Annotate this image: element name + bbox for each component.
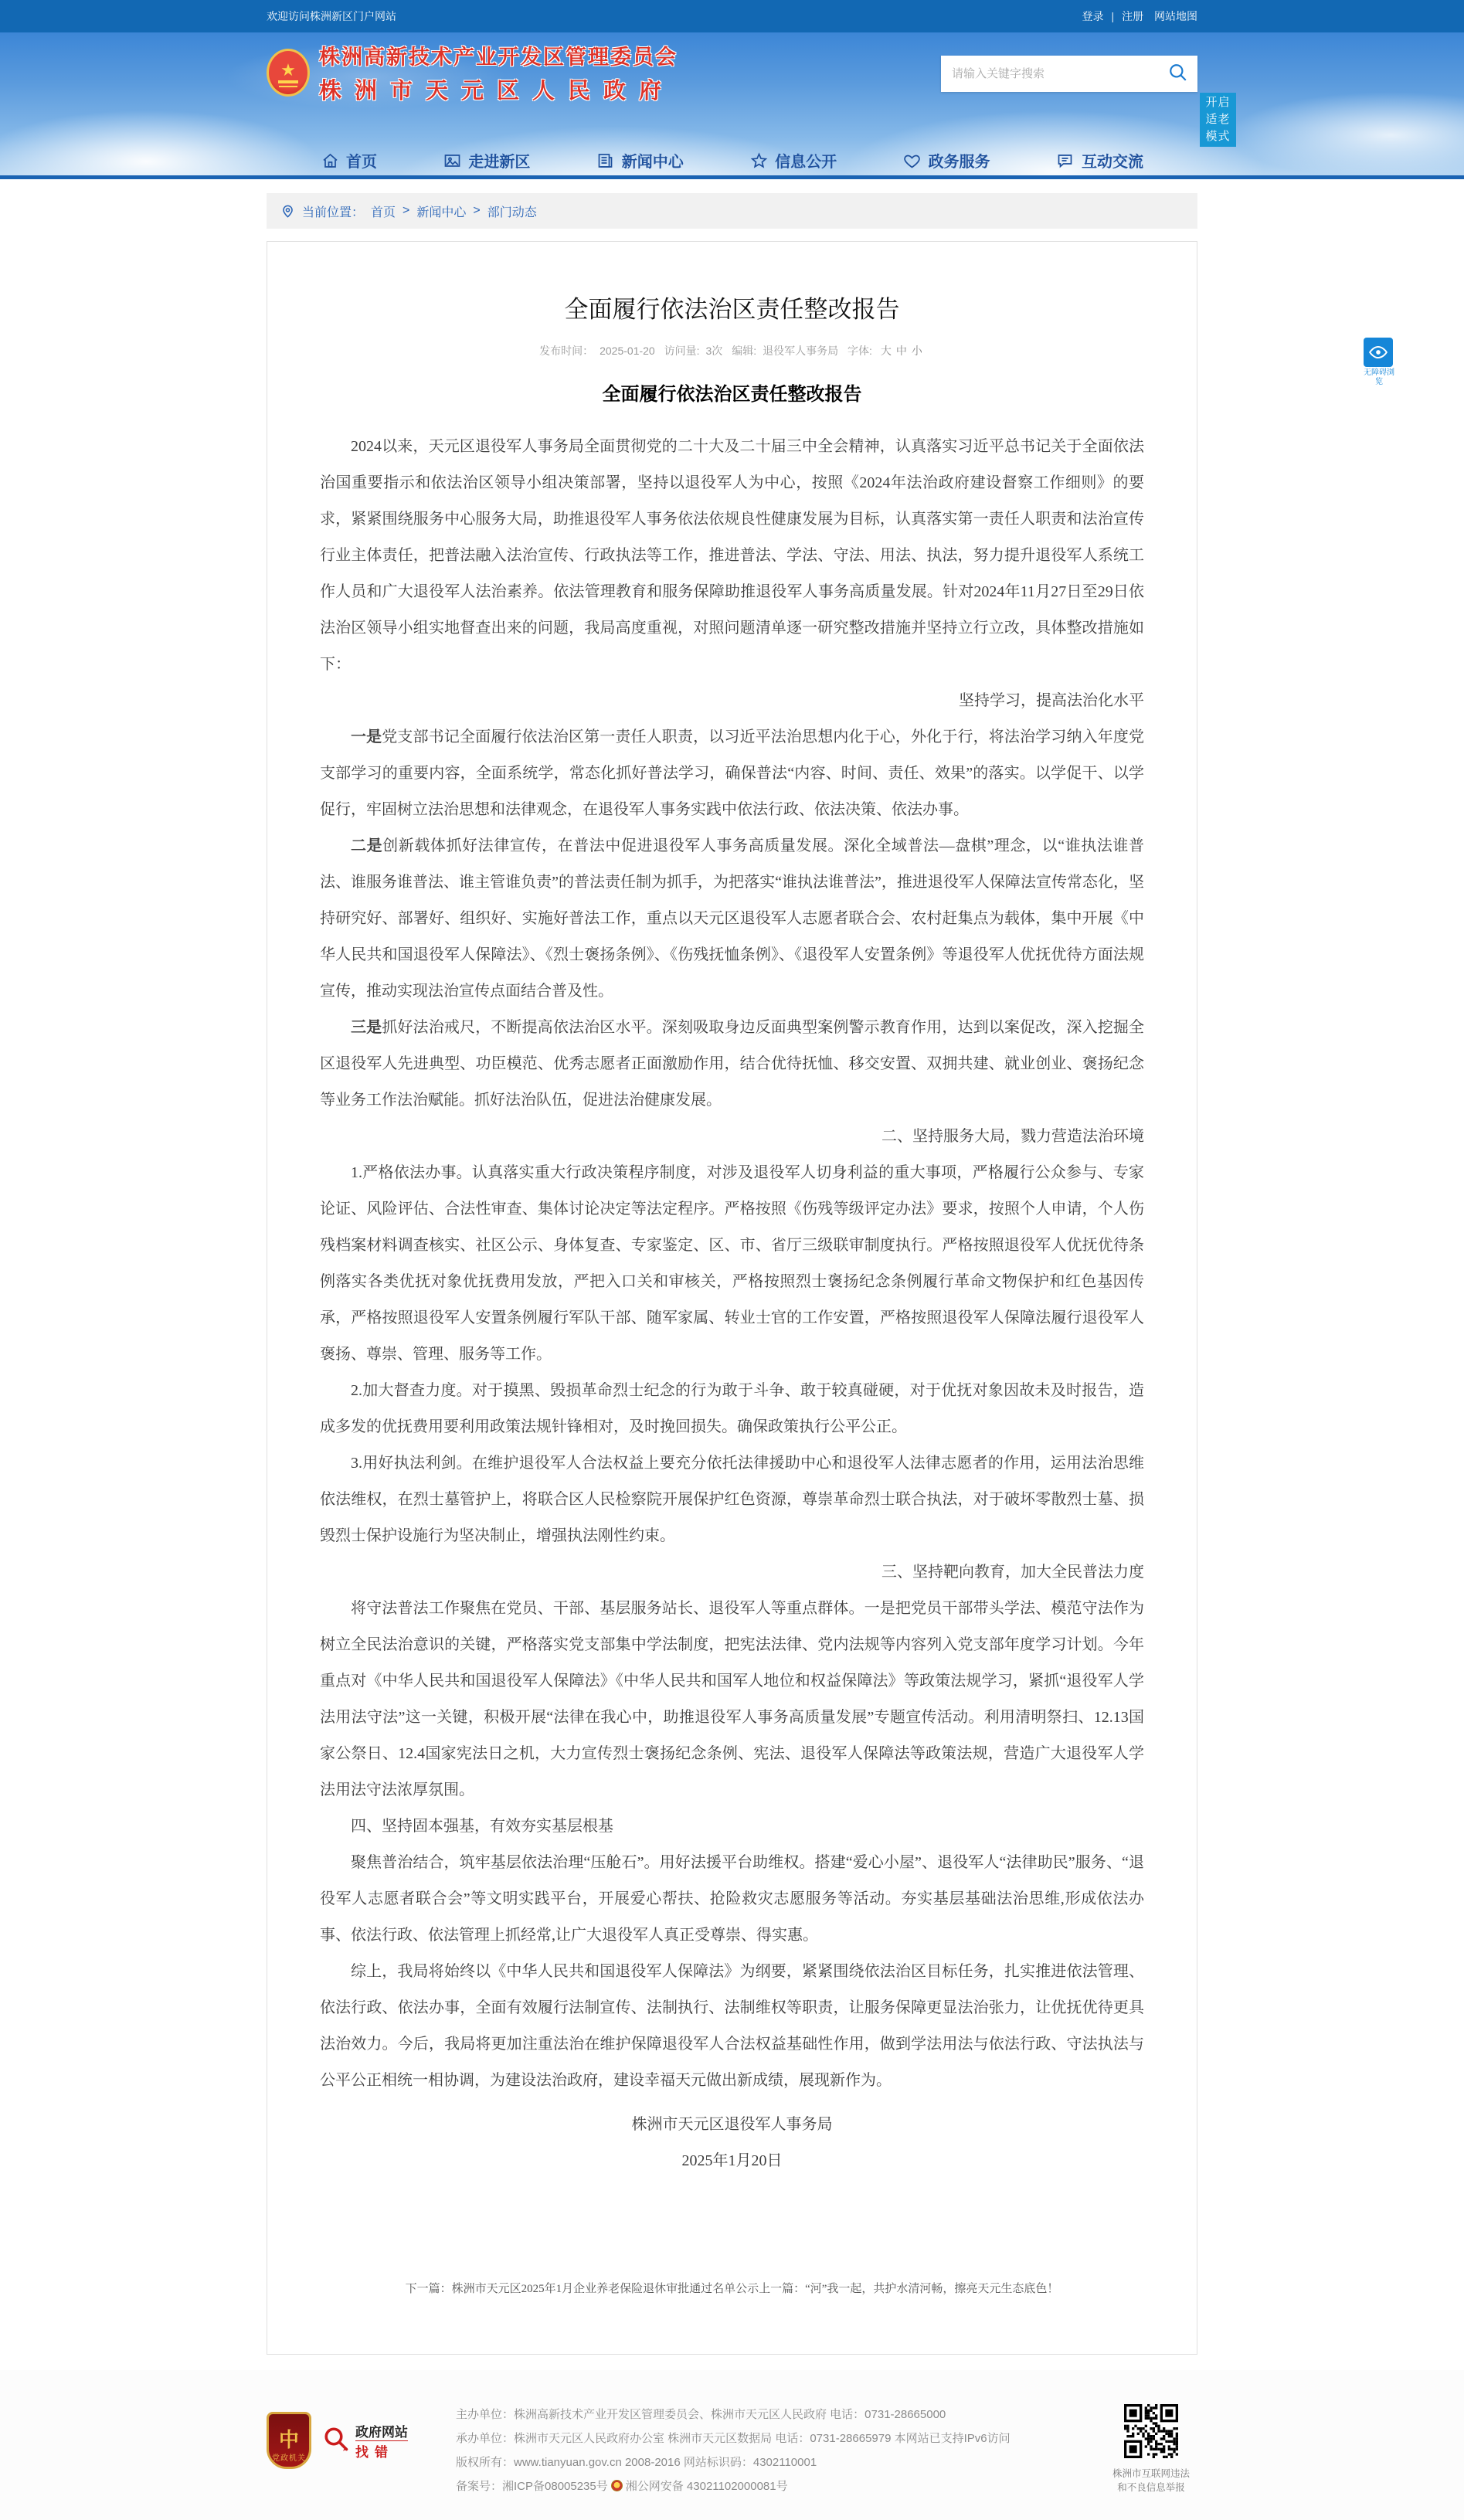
next-article-link[interactable]: 下一篇：株洲市天元区2025年1月企业养老保险退休审批通过名单公示: [406, 2283, 759, 2295]
article-paragraph: 二是创新载体抓好法律宣传，在普法中促进退役军人事务高质量发展。深化全域普法—盘棋…: [320, 828, 1144, 1010]
accessibility-widget[interactable]: 无障碍浏览: [1364, 338, 1394, 387]
footer-badges: 中 党政机关 政府网站 找错: [267, 2403, 448, 2469]
nav-item-label: 互动交流: [1082, 149, 1143, 172]
signoff-date: 2025年1月20日: [320, 2143, 1144, 2179]
article-paragraph: 坚持学习，提高法治化水平: [320, 683, 1144, 719]
nav-item-5[interactable]: 政务服务: [903, 149, 990, 172]
footer-line-undertaker: 承办单位：株洲市天元区人民政府办公室 株洲市天元区数据局 电话：0731-286…: [456, 2427, 1105, 2450]
breadcrumb-item-2[interactable]: 新闻中心: [416, 202, 466, 220]
article-paragraph: 聚焦普治结合，筑牢基层依法治理“压舱石”。用好法援平台助维权。搭建“爱心小屋”、…: [320, 1845, 1144, 1954]
article-subtitle: 全面履行依法治区责任整改报告: [320, 379, 1144, 406]
site-title-line2: 株洲市天元区人民政府: [319, 73, 678, 105]
article-paragraph: 三、坚持靶向教育，加大全民普法力度: [320, 1554, 1144, 1591]
signoff-org: 株洲市天元区退役军人事务局: [320, 2107, 1144, 2143]
nav-underline: [0, 175, 1464, 179]
national-emblem-icon: ★: [267, 49, 310, 97]
views-value: 3次: [706, 345, 723, 357]
party-gov-shield-badge[interactable]: 中 党政机关: [267, 2412, 311, 2469]
scenery-icon: [443, 151, 461, 170]
news-icon: [596, 151, 615, 170]
article-paragraph: 1.严格依法办事。认真落实重大行政决策程序制度，对涉及退役军人切身利益的重大事项…: [320, 1155, 1144, 1373]
breadcrumb-item-3[interactable]: 部门动态: [487, 202, 537, 220]
topbar: 欢迎访问株洲新区门户网站 登录|注册 网站地图: [0, 0, 1464, 32]
accessibility-label: 无障碍浏览: [1364, 368, 1394, 387]
font-size-3[interactable]: 小: [912, 345, 922, 357]
welcome-text: 欢迎访问株洲新区门户网站: [267, 8, 396, 24]
huabiao-icon: 中: [279, 2428, 299, 2451]
site-error-finder-badge[interactable]: 政府网站 找错: [322, 2421, 408, 2461]
location-pin-icon: [280, 204, 295, 219]
article-paragraph: 2.加大督查力度。对于摸黑、毁损革命烈士纪念的行为敢于斗争、敢于较真碰硬，对于优…: [320, 1373, 1144, 1445]
breadcrumb-item-1[interactable]: 首页: [371, 202, 396, 220]
breadcrumb-prefix: 当前位置：: [302, 202, 364, 220]
editor-label: 编辑:: [732, 345, 756, 357]
nav-item-label: 信息公开: [775, 149, 837, 172]
footer-line-copyright: 版权所有：www.tianyuan.gov.cn 2008-2016 网站标识码…: [456, 2450, 1105, 2474]
article-paragraph: 一是党支部书记全面履行依法治区第一责任人职责，以习近平法治思想内化于心，外化于行…: [320, 719, 1144, 828]
report-qr-code: [1124, 2404, 1178, 2458]
font-label: 字体:: [847, 345, 872, 357]
article-card: 全面履行依法治区责任整改报告 发布时间：2025-01-20 访问量:3次 编辑…: [267, 241, 1197, 2355]
report-qr-caption: 株洲市互联网违法 和不良信息举报: [1105, 2467, 1197, 2495]
eye-icon: [1364, 338, 1393, 367]
article-title: 全面履行依法治区责任整改报告: [320, 290, 1144, 324]
font-size-controls: 大中小: [878, 345, 925, 357]
font-size-2[interactable]: 中: [896, 345, 907, 357]
nav-item-label: 走进新区: [468, 149, 530, 172]
publish-date: 2025-01-20: [600, 345, 655, 357]
elder-mode-button[interactable]: 开启适老模式: [1200, 93, 1236, 147]
report-qr-block: 株洲市互联网违法 和不良信息举报: [1105, 2404, 1197, 2495]
page: 欢迎访问株洲新区门户网站 登录|注册 网站地图 ★ 株洲高新技术产业开发区管理委…: [0, 0, 1464, 2520]
site-title-line1: 株洲高新技术产业开发区管理委员会: [319, 40, 678, 70]
article-signoff: 株洲市天元区退役军人事务局 2025年1月20日: [320, 2107, 1144, 2179]
prev-article-link[interactable]: 上一篇：“河”我一起，共护水清河畅，擦亮天元生态底色！: [759, 2283, 1058, 2295]
nav-item-3[interactable]: 新闻中心: [596, 149, 684, 172]
nav-item-label: 政务服务: [929, 149, 990, 172]
sitemap-link[interactable]: 网站地图: [1154, 10, 1197, 22]
article-paragraph: 四、坚持固本强基，有效夯实基层根基: [320, 1808, 1144, 1845]
breadcrumb-separator: >: [403, 204, 409, 218]
site-brand: ★ 株洲高新技术产业开发区管理委员会 株洲市天元区人民政府: [267, 40, 678, 105]
login-link[interactable]: 登录: [1082, 10, 1103, 22]
main-nav: 首页走进新区新闻中心信息公开政务服务互动交流: [267, 149, 1197, 172]
nav-item-6[interactable]: 互动交流: [1056, 149, 1143, 172]
article-paragraph: 综上，我局将始终以《中华人民共和国退役军人保障法》为纲要，紧紧围绕依法治区目标任…: [320, 1954, 1144, 2099]
article-body: 2024以来，天元区退役军人事务局全面贯彻党的二十大及二十届三中全会精神，认真落…: [320, 429, 1144, 2099]
views-label: 访问量:: [664, 345, 700, 357]
footer-line-organizer: 主办单位：株洲高新技术产业开发区管理委员会、株洲市天元区人民政府 电话：0731…: [456, 2403, 1105, 2427]
heart-icon: [903, 151, 922, 170]
nav-item-label: 首页: [346, 149, 377, 172]
nav-item-4[interactable]: 信息公开: [749, 149, 837, 172]
search-input[interactable]: [941, 56, 1159, 92]
public-security-filing-link[interactable]: 湘公网安备 43021102000081号: [626, 2480, 788, 2493]
publish-label: 发布时间：: [539, 345, 593, 357]
nav-item-label: 新闻中心: [622, 149, 684, 172]
search-button[interactable]: [1159, 56, 1197, 92]
public-security-badge-icon: [611, 2480, 623, 2491]
article-paragraph: 三是抓好法治戒尺，不断提高依法治区水平。深刻吸取身边反面典型案例警示教育作用，达…: [320, 1010, 1144, 1119]
article-paragraph: 2024以来，天元区退役军人事务局全面贯彻党的二十大及二十届三中全会精神，认真落…: [320, 429, 1144, 683]
nav-item-2[interactable]: 走进新区: [443, 149, 530, 172]
topbar-links: 登录|注册 网站地图: [1074, 8, 1197, 24]
star-icon: [749, 151, 768, 170]
footer-info: 主办单位：株洲高新技术产业开发区管理委员会、株洲市天元区人民政府 电话：0731…: [448, 2403, 1105, 2498]
topbar-separator: |: [1111, 10, 1114, 22]
footer-line-icp: 备案号：湘ICP备08005235号湘公网安备 43021102000081号: [456, 2474, 1105, 2498]
article-meta: 发布时间：2025-01-20 访问量:3次 编辑:退役军人事务局 字体:大中小: [320, 343, 1144, 358]
chat-icon: [1056, 151, 1075, 170]
article-paragraph: 3.用好执法利剑。在维护退役军人合法权益上要充分依托法律援助中心和退役军人法律志…: [320, 1445, 1144, 1554]
breadcrumb-separator: >: [473, 204, 480, 218]
article-paragraph: 将守法普法工作聚焦在党员、干部、基层服务站长、退役军人等重点群体。一是把党员干部…: [320, 1591, 1144, 1808]
article-paragraph: 二、坚持服务大局，戮力营造法治环境: [320, 1119, 1144, 1155]
breadcrumb-items: 首页>新闻中心>部门动态: [371, 202, 537, 220]
font-size-1[interactable]: 大: [881, 345, 892, 357]
header-banner: ★ 株洲高新技术产业开发区管理委员会 株洲市天元区人民政府 开启适老模式 首页走…: [0, 32, 1464, 179]
search-icon: [1168, 63, 1188, 85]
breadcrumb: 当前位置： 首页>新闻中心>部门动态: [267, 193, 1197, 229]
search-box: [941, 56, 1197, 92]
article-pager: 下一篇：株洲市天元区2025年1月企业养老保险退休审批通过名单公示上一篇：“河”…: [320, 2280, 1144, 2296]
red-magnifier-icon: [322, 2425, 350, 2457]
editor-value: 退役军人事务局: [763, 345, 838, 357]
home-icon: [321, 151, 339, 170]
footer: 中 党政机关 政府网站 找错 主办单位：株洲高新技术产业开发区管理委员会、株洲市…: [0, 2370, 1464, 2520]
nav-item-1[interactable]: 首页: [321, 149, 377, 172]
register-link[interactable]: 注册: [1122, 10, 1143, 22]
